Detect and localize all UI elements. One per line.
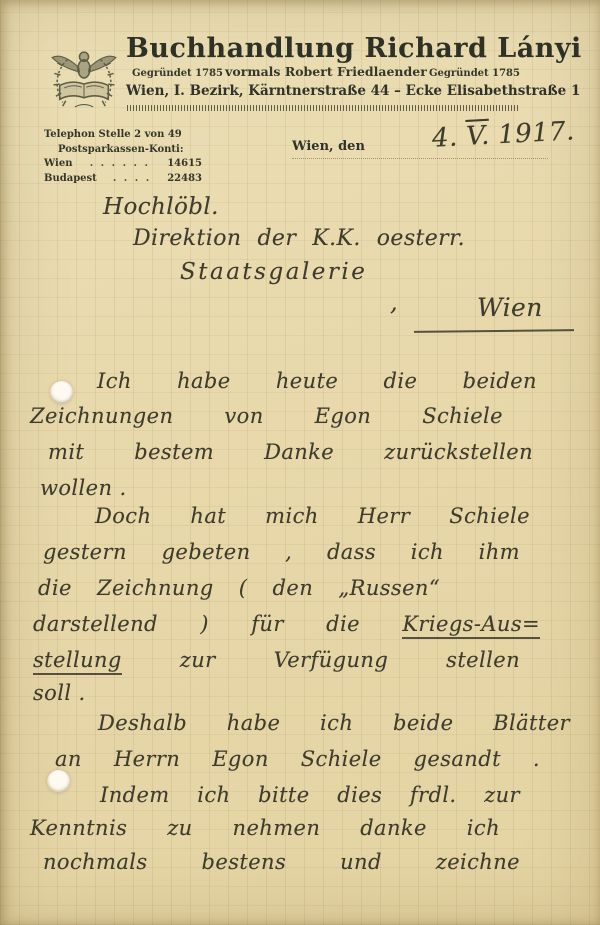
account-row-wien: Wien . . . . . . 14615 [44, 157, 202, 172]
account-city: Budapest [44, 172, 97, 187]
recipient-institution: Staatsgalerie [180, 259, 367, 287]
account-number: 22483 [167, 172, 202, 187]
punch-hole-bottom [47, 770, 70, 793]
body-line: Deshalb habe ich beide Blätter [98, 711, 570, 736]
dot-leader: . . . . . . [73, 157, 168, 172]
recipient-salutation: Hochlöbl. [103, 194, 219, 222]
date-year: 1917. [497, 116, 575, 150]
recipient-city: Wien [477, 293, 543, 323]
letter-page: Buchhandlung Richard Lányi Gegründet 178… [0, 0, 600, 925]
former-name-label: vormals Robert Friedlaender [225, 64, 427, 79]
letterhead-subtitle-row: Gegründet 1785 vormals Robert Friedlaend… [132, 64, 520, 79]
body-line: an Herrn Egon Schiele gesandt . [55, 747, 540, 772]
recipient-comma: , [390, 288, 398, 317]
recipient-line: Direktion der K.K. oesterr. [133, 226, 465, 252]
punch-hole-top [50, 381, 73, 404]
body-text-segment: darstellend ) für die [33, 612, 402, 636]
dateline-printed-label: Wien, den [292, 139, 365, 154]
account-city: Wien [44, 157, 73, 172]
body-line: mit bestem Danke zurückstellen [48, 440, 533, 465]
city-underline [414, 329, 574, 333]
body-line: stellung zur Verfügung stellen [33, 648, 520, 673]
company-name: Buchhandlung Richard Lányi [126, 33, 522, 64]
body-line: die Zeichnung ( den „Russen“ [38, 576, 440, 601]
date-month-roman: V. [466, 121, 491, 152]
underlined-phrase-stellung: stellung [33, 648, 122, 675]
body-line: Indem ich bitte dies frdl. zur [100, 783, 520, 808]
body-line: Zeichnungen von Egon Schiele [30, 404, 503, 429]
body-line: nochmals bestens und zeichne [43, 850, 520, 875]
owl-book-emblem-logo [46, 40, 122, 116]
contact-block: Telephon Stelle 2 von 49 Postsparkassen-… [44, 128, 202, 186]
body-line: wollen . [40, 476, 127, 501]
dot-leader: . . . . [97, 172, 167, 187]
accounts-heading: Postsparkassen-Konti: [44, 143, 202, 158]
decorative-hatch-rule [127, 105, 520, 111]
body-line: darstellend ) für die Kriegs-Aus= [33, 612, 540, 637]
account-row-budapest: Budapest . . . . 22483 [44, 172, 202, 187]
underlined-phrase-kriegs-aus: Kriegs-Aus= [402, 612, 540, 639]
body-line: Ich habe heute die beiden [97, 369, 537, 394]
body-line: Kenntnis zu nehmen danke ich [30, 816, 500, 841]
body-line: gestern gebeten , dass ich ihm [43, 540, 520, 565]
handwritten-date: 4. V. 1917. [431, 116, 575, 155]
telephone-line: Telephon Stelle 2 von 49 [44, 128, 202, 143]
founded-right-label: Gegründet 1785 [429, 68, 520, 79]
account-number: 14615 [167, 157, 202, 172]
company-address: Wien, I. Bezirk, Kärntnerstraße 44 – Eck… [126, 83, 522, 99]
body-text-segment: zur Verfügung stellen [122, 648, 520, 672]
body-line: soll . [33, 681, 86, 706]
body-line: Doch hat mich Herr Schiele [95, 504, 530, 529]
date-day: 4. [431, 122, 458, 153]
founded-left-label: Gegründet 1785 [132, 68, 223, 79]
